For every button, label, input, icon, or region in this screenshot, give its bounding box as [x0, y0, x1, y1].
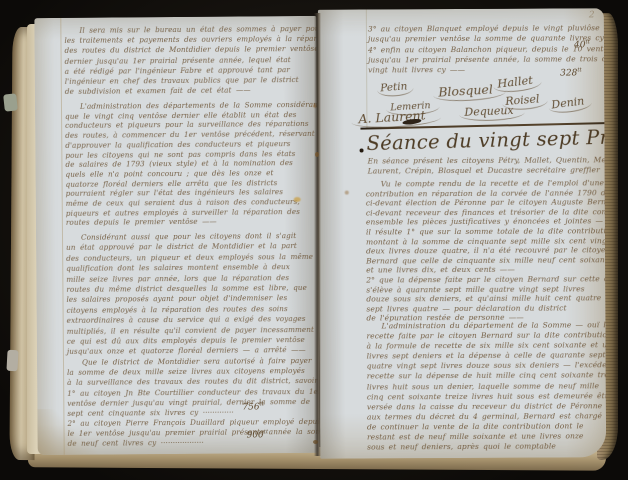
manuscript-line: 2° que la dépense faite par le citoyen B… [366, 274, 601, 285]
manuscript-line: Bernard que celle de cinquante six mille… [366, 255, 601, 266]
paper-stain [294, 197, 301, 202]
manuscript-line: de subdivision et examen fait de cet éta… [65, 85, 309, 97]
manuscript-line: à la surveillance des travaux des routes… [67, 376, 311, 388]
manuscript-line: recette sur la dépense de huit mille cin… [367, 371, 602, 382]
spine-tab [3, 93, 18, 111]
manuscript-line: jusqu'au 1er prairial présente année, la… [368, 54, 600, 66]
session-heading: Séance du vingt sept Prairial [366, 126, 606, 155]
manuscript-paragraph: Il sera mis sur le bureau un état des so… [64, 24, 309, 97]
folio-number: 2 [589, 10, 595, 20]
manuscript-line: sept livres quatre — pour déclaration du… [366, 303, 601, 314]
manuscript-line: Laurent, Crépin, Blosquel et Ducastre se… [368, 166, 601, 178]
heading-ink-dot [360, 149, 364, 153]
amount-due: 328tt [560, 67, 582, 78]
manuscript-line: routes depuis le premier ventôse —— [66, 216, 310, 228]
signature: Petin [380, 80, 408, 94]
manuscript-paragraph: L'administration du département de la So… [366, 320, 602, 452]
paper-stain [345, 191, 349, 195]
signature: Denin [551, 94, 585, 111]
manuscript-paragraph: Considérant aussi que pour les citoyens … [66, 231, 311, 358]
manuscript-paragraph: En séance présent les citoyens Pétry, Ma… [368, 155, 601, 177]
spine-tab [6, 350, 18, 372]
amount-due: 756tt [242, 401, 264, 412]
gutter-shadow [314, 13, 321, 456]
amount-due: 40tt [574, 39, 590, 50]
right-page: 2 3° au citoyen Blanquet employé depuis … [318, 8, 606, 458]
left-page: Il sera mis sur le bureau un état des so… [34, 16, 319, 455]
manuscript-paragraph: Vu le compte rendu de la recette et de l… [366, 178, 602, 323]
scanned-register-photo: Il sera mis sur le bureau un état des so… [0, 0, 628, 480]
amount-due: 900tt [247, 429, 269, 440]
manuscript-paragraph: 1° au citoyen Jn Bte Courtillier conduct… [67, 387, 311, 449]
manuscript-line: jusqu'au premier ventôse la somme de qua… [368, 34, 600, 46]
manuscript-paragraph: Que le district de Montdidier sera autor… [67, 356, 311, 388]
manuscript-line: sous et neuf deniers, après quoi le comp… [367, 441, 602, 452]
paper-stain [313, 440, 318, 444]
signature: Dequeux [464, 104, 514, 119]
signature: Hallet [497, 73, 534, 91]
manuscript-paragraph: L'administration des départements de la … [65, 100, 310, 228]
signature: Blosquel [438, 81, 493, 99]
paper-stain [315, 152, 319, 157]
manuscript-line: restant est de neuf mille soixante et un… [367, 431, 602, 442]
manuscript-line: de neuf cent livres cy ·················… [68, 437, 312, 449]
